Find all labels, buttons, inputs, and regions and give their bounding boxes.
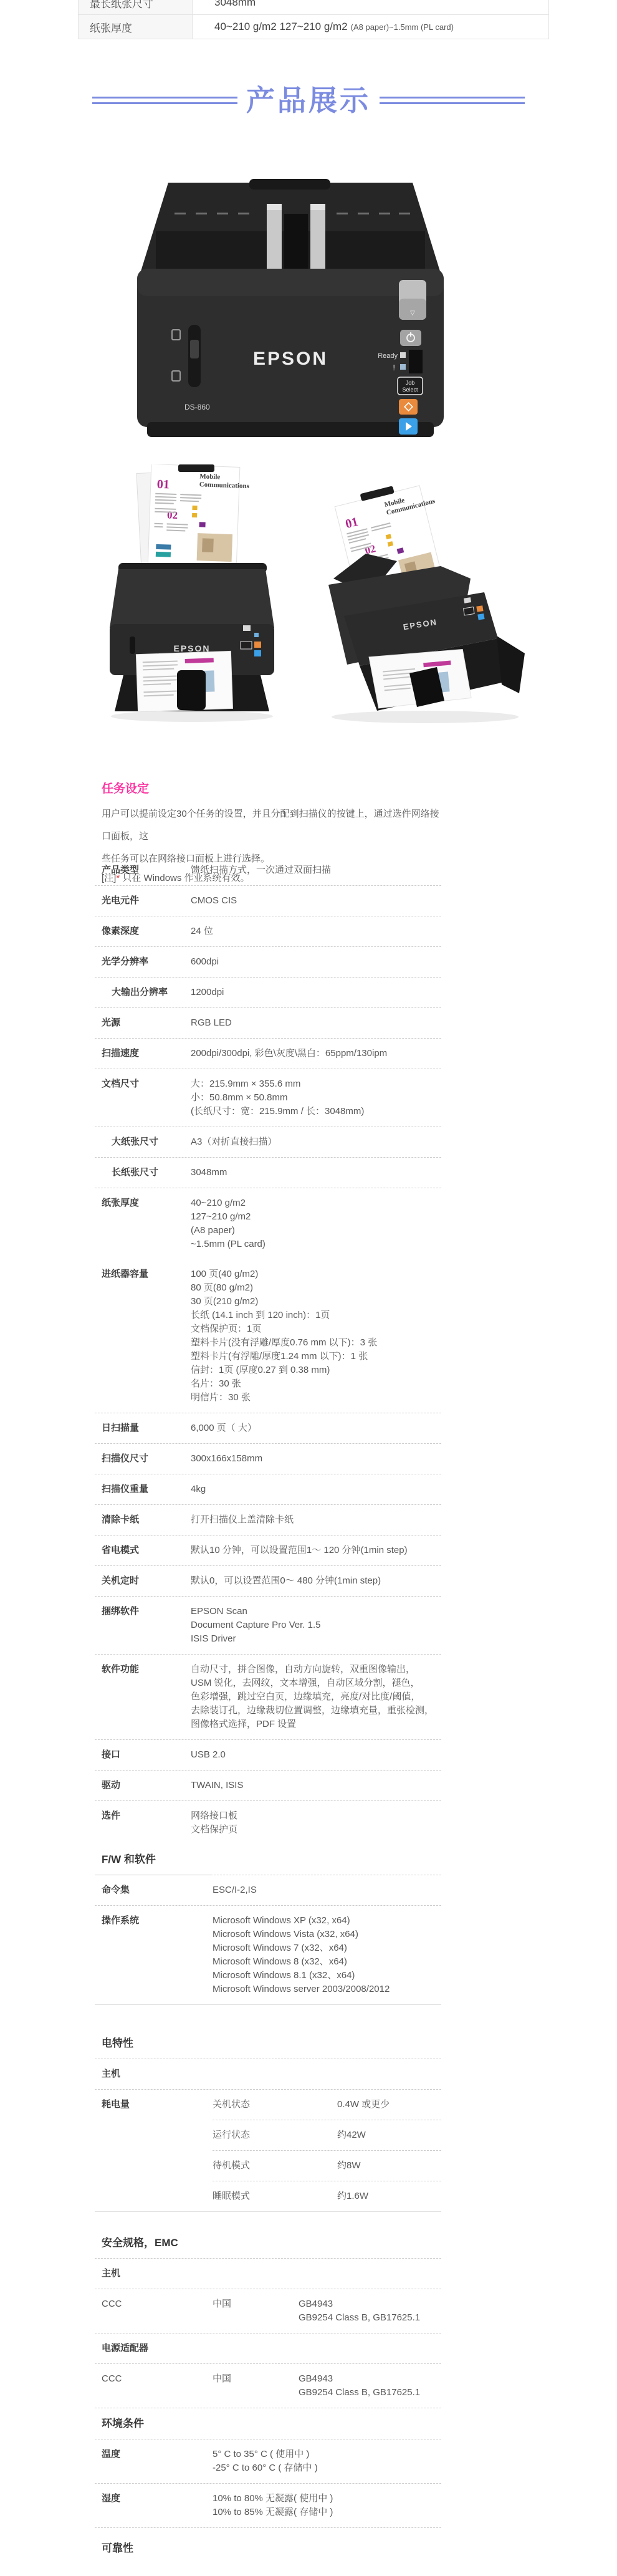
spec-value: 200dpi/300dpi, 彩色\灰度\黑白：65ppm/130ipm bbox=[191, 1047, 441, 1060]
cert-standard-line: GB9254 Class B, GB17625.1 bbox=[299, 2311, 441, 2325]
spec-row: 湿度 10% to 80% 无凝露( 使用中 ) 10% to 85% 无凝露(… bbox=[95, 2484, 441, 2528]
paper-spec-table: 最长纸张尺寸 3048mm 纸张厚度 40~210 g/m2 127~210 g… bbox=[78, 0, 549, 39]
table-row: 最长纸张尺寸 3048mm bbox=[79, 0, 548, 14]
spec-row: 扫描仪重量4kg bbox=[95, 1474, 441, 1505]
sample-document: Mobile Communications 01 02 bbox=[148, 464, 251, 572]
spec-value-line: 网络接口板 bbox=[191, 1809, 441, 1823]
spec-value-line: 默认10 分钟，可以设置范围1～ 120 分钟(1min step) bbox=[191, 1544, 441, 1557]
spec-label: 驱动 bbox=[95, 1779, 191, 1792]
spec-value-line: 10% to 85% 无凝露( 存储中 ) bbox=[213, 2506, 441, 2519]
section-title: 安全规格，EMC bbox=[95, 2226, 441, 2251]
spec-value-line: 30 页(210 g/m2) bbox=[191, 1295, 441, 1309]
power-entry-value: 约1.6W bbox=[337, 2189, 441, 2203]
spec-label: 进纸器容量 bbox=[95, 1267, 191, 1405]
spec-value-line: RGB LED bbox=[191, 1016, 441, 1030]
spec-value: 3048mm bbox=[191, 1166, 441, 1180]
spec-value-line: TWAIN, ISIS bbox=[191, 1779, 441, 1792]
spec-row: 温度 5° C to 35° C ( 使用中 ) -25° C to 60° C… bbox=[95, 2439, 441, 2484]
spec-row: 扫描仪尺寸300x166x158mm bbox=[95, 1444, 441, 1474]
svg-text:01: 01 bbox=[156, 478, 170, 492]
spec-label: 文档尺寸 bbox=[95, 1077, 191, 1118]
section-end-line bbox=[95, 2211, 441, 2212]
spec-value: 10% to 80% 无凝露( 使用中 ) 10% to 85% 无凝露( 存储… bbox=[213, 2492, 441, 2519]
spec-row: 大纸张尺寸A3（对折直接扫描） bbox=[95, 1127, 441, 1158]
spec-value-line: 127~210 g/m2 bbox=[191, 1210, 441, 1224]
spec-label: 光电元件 bbox=[95, 894, 191, 908]
spec-value-line: 24 位 bbox=[191, 925, 441, 938]
power-entry: 运行状态 约42W bbox=[213, 2120, 441, 2151]
power-entry-name: 睡眠模式 bbox=[213, 2189, 337, 2203]
job-label: Job bbox=[406, 380, 415, 386]
task-setting-title: 任务设定 bbox=[95, 782, 444, 797]
table-row-value: 3048mm bbox=[193, 0, 548, 14]
spec-value: CMOS CIS bbox=[191, 894, 441, 908]
spec-value-line: 80 页(80 g/m2) bbox=[191, 1281, 441, 1295]
spec-value-line: 长纸 (14.1 inch 到 120 inch)：1页 bbox=[191, 1309, 441, 1322]
spec-label: 选件 bbox=[95, 1809, 191, 1837]
spec-value-line: 信封：1页 (厚度0.27 到 0.38 mm) bbox=[191, 1363, 441, 1377]
power-entry-name: 待机模式 bbox=[213, 2159, 337, 2173]
task-body-line1: 用户可以提前设定30个任务的设置，并且分配到扫描仪的按键上，通过选件网络接口面板… bbox=[102, 809, 439, 842]
spec-label: 像素深度 bbox=[95, 925, 191, 938]
spec-value: 馈纸扫描方式，一次通过双面扫描 bbox=[191, 863, 441, 877]
stop-button-icon bbox=[399, 399, 418, 415]
spec-value-line: ~1.5mm (PL card) bbox=[191, 1238, 441, 1251]
spec-value-line: 100 页(40 g/m2) bbox=[191, 1267, 441, 1281]
spec-value-line: 3048mm bbox=[191, 1166, 441, 1180]
section-title: 环境条件 bbox=[95, 2406, 441, 2431]
cert-name: CCC bbox=[95, 2372, 213, 2400]
spec-value: A3（对折直接扫描） bbox=[191, 1135, 441, 1149]
spec-value-line: A3（对折直接扫描） bbox=[191, 1135, 441, 1149]
spec-label: 大输出分辨率 bbox=[95, 986, 191, 999]
spec-value-line: 600dpi bbox=[191, 955, 441, 969]
spec-label: 命令集 bbox=[95, 1883, 213, 1897]
spec-value-line: 打开扫描仪上盖清除卡纸 bbox=[191, 1513, 441, 1527]
spec-row: 产品类型馈纸扫描方式，一次通过双面扫描 bbox=[95, 855, 441, 886]
spec-row: 关机定时默认0，可以设置范围0～ 480 分钟(1min step) bbox=[95, 1566, 441, 1597]
banner-decor-lines-right bbox=[380, 97, 525, 104]
spec-table: 产品类型馈纸扫描方式，一次通过双面扫描光电元件CMOS CIS像素深度24 位光… bbox=[95, 855, 441, 1845]
spec-value-line: 40~210 g/m2 bbox=[191, 1196, 441, 1210]
ready-label: Ready bbox=[378, 352, 398, 360]
spec-value-line: 明信片：30 张 bbox=[191, 1391, 441, 1405]
section-title: 电特性 bbox=[95, 2026, 441, 2051]
spec-row: 大输出分辨率1200dpi bbox=[95, 978, 441, 1008]
table-row-label: 最长纸张尺寸 bbox=[79, 0, 193, 14]
spec-row: 扫描速度200dpi/300dpi, 彩色\灰度\黑白：65ppm/130ipm bbox=[95, 1039, 441, 1069]
spec-row: 光电元件CMOS CIS bbox=[95, 886, 441, 916]
spec-value-line: EPSON Scan bbox=[191, 1605, 441, 1618]
spec-value: 40~210 g/m2127~210 g/m2(A8 paper)~1.5mm … bbox=[191, 1196, 441, 1251]
spec-value-line: CMOS CIS bbox=[191, 894, 441, 908]
value-small-text: (A8 paper)~1.5mm (PL card) bbox=[351, 22, 454, 32]
spec-row: 清除卡纸打开扫描仪上盖清除卡纸 bbox=[95, 1505, 441, 1536]
spec-label: 大纸张尺寸 bbox=[95, 1135, 191, 1149]
value-text: 3048mm bbox=[214, 0, 256, 9]
electrical-section: 电特性 主机 耗电量 关机状态 0.4W 或更少 运行状态 约42W 待机模式 … bbox=[95, 2026, 441, 2212]
spec-value-line: Microsoft Windows 8.1 (x32、x64) bbox=[213, 1969, 441, 1982]
spec-value: 1200dpi bbox=[191, 986, 441, 999]
spec-value: 24 位 bbox=[191, 925, 441, 938]
spec-value-line: 塑料卡片(没有浮雕/厚度0.76 mm 以下)：3 张 bbox=[191, 1336, 441, 1350]
power-entry-value: 约8W bbox=[337, 2159, 441, 2173]
section-divider bbox=[95, 2258, 441, 2259]
power-entries: 关机状态 0.4W 或更少 运行状态 约42W 待机模式 约8W 睡眠模式 约1… bbox=[213, 2090, 441, 2211]
spec-value: 自动尺寸，拼合图像，自动方向旋转，双重图像输出，USM 锐化，去网纹，文本增强，… bbox=[191, 1663, 441, 1731]
cert-standards: GB4943 GB9254 Class B, GB17625.1 bbox=[299, 2297, 441, 2325]
spec-value-line: 5° C to 35° C ( 使用中 ) bbox=[213, 2448, 441, 2461]
scanner-angle-view-image: Mobile Communications 01 02 bbox=[310, 479, 528, 731]
spec-value: RGB LED bbox=[191, 1016, 441, 1030]
spec-row: 软件功能自动尺寸，拼合图像，自动方向旋转，双重图像输出，USM 锐化，去网纹，文… bbox=[95, 1655, 441, 1740]
spec-label: 日扫描量 bbox=[95, 1421, 191, 1435]
section-banner: 产品展示 bbox=[0, 77, 617, 124]
spec-value: 5° C to 35° C ( 使用中 ) -25° C to 60° C ( … bbox=[213, 2448, 441, 2475]
spec-label: 温度 bbox=[95, 2448, 213, 2475]
spec-value: 300x166x158mm bbox=[191, 1452, 441, 1466]
spec-row: 进纸器容量100 页(40 g/m2)80 页(80 g/m2)30 页(210… bbox=[95, 1251, 441, 1413]
alert-label: ! bbox=[393, 363, 395, 372]
section-divider bbox=[95, 2059, 441, 2059]
spec-value: USB 2.0 bbox=[191, 1748, 441, 1762]
spec-value-line: ESC/I-2,IS bbox=[213, 1883, 441, 1897]
spec-value-line: 小：50.8mm × 50.8mm bbox=[191, 1091, 441, 1105]
model-label: DS-860 bbox=[184, 403, 210, 411]
power-entry-value: 约42W bbox=[337, 2128, 441, 2142]
spec-label: 扫描仪重量 bbox=[95, 1483, 191, 1496]
spec-label: 长纸张尺寸 bbox=[95, 1166, 191, 1180]
spec-value-line: 名片：30 张 bbox=[191, 1377, 441, 1391]
spec-row: 长纸张尺寸3048mm bbox=[95, 1158, 441, 1188]
spec-value: 600dpi bbox=[191, 955, 441, 969]
spec-value-line: 4kg bbox=[191, 1483, 441, 1496]
section-divider bbox=[95, 1875, 441, 1875]
spec-value-line: 自动尺寸，拼合图像，自动方向旋转，双重图像输出， bbox=[191, 1663, 441, 1676]
spec-value: 100 页(40 g/m2)80 页(80 g/m2)30 页(210 g/m2… bbox=[191, 1267, 441, 1405]
spec-label: 关机定时 bbox=[95, 1574, 191, 1588]
section-end-line bbox=[95, 2004, 441, 2005]
spec-row: 光源RGB LED bbox=[95, 1008, 441, 1039]
table-row-label: 纸张厚度 bbox=[79, 15, 193, 39]
spec-value-line: ISIS Driver bbox=[191, 1632, 441, 1646]
spec-value-line: Microsoft Windows Vista (x32, x64) bbox=[213, 1928, 441, 1941]
spec-value-line: USM 锐化，去网纹，文本增强，自动区域分割，褪色， bbox=[191, 1676, 441, 1690]
spec-value-line: Microsoft Windows XP (x32, x64) bbox=[213, 1914, 441, 1928]
svg-text:▽: ▽ bbox=[410, 310, 415, 317]
spec-value-line: 6,000 页（ 大） bbox=[191, 1421, 441, 1435]
spec-row: 命令集 ESC/I-2,IS bbox=[95, 1875, 441, 1906]
power-entry-name: 关机状态 bbox=[213, 2098, 337, 2112]
power-entry: 睡眠模式 约1.6W bbox=[213, 2181, 441, 2211]
spec-row: 选件网络接口板文档保护页 bbox=[95, 1801, 441, 1845]
spec-value: 网络接口板文档保护页 bbox=[191, 1809, 441, 1837]
spec-value-line: Microsoft Windows server 2003/2008/2012 bbox=[213, 1982, 441, 1996]
spec-value: Microsoft Windows XP (x32, x64) Microsof… bbox=[213, 1914, 441, 1996]
spec-row: 捆绑软件EPSON ScanDocument Capture Pro Ver. … bbox=[95, 1597, 441, 1655]
svg-text:02: 02 bbox=[167, 509, 178, 521]
power-entry: 关机状态 0.4W 或更少 bbox=[213, 2090, 441, 2120]
spec-label: 软件功能 bbox=[95, 1663, 191, 1731]
spec-value-line: USB 2.0 bbox=[191, 1748, 441, 1762]
svg-text:Mobile: Mobile bbox=[199, 473, 221, 481]
spec-label: 操作系统 bbox=[95, 1914, 213, 1996]
spec-row: 驱动TWAIN, ISIS bbox=[95, 1771, 441, 1801]
spec-value-line: (长纸尺寸：宽：215.9mm / 长：3048mm) bbox=[191, 1105, 441, 1118]
banner-title: 产品展示 bbox=[246, 86, 371, 115]
spec-row: 接口USB 2.0 bbox=[95, 1740, 441, 1771]
spec-label: 扫描仪尺寸 bbox=[95, 1452, 191, 1466]
spec-label: 产品类型 bbox=[95, 863, 191, 877]
value-text: 40~210 g/m2 127~210 g/m2 bbox=[214, 21, 348, 33]
spec-value-line: 10% to 80% 无凝露( 使用中 ) bbox=[213, 2492, 441, 2506]
spec-value: 默认10 分钟，可以设置范围1～ 120 分钟(1min step) bbox=[191, 1544, 441, 1557]
power-entry-value: 0.4W 或更少 bbox=[337, 2098, 441, 2112]
cert-standard-line: GB4943 bbox=[299, 2297, 441, 2311]
spec-value-line: 塑料卡片(有浮雕/厚度1.24 mm 以下)：1 张 bbox=[191, 1350, 441, 1363]
spec-label: 湿度 bbox=[95, 2492, 213, 2519]
cert-standard-line: GB9254 Class B, GB17625.1 bbox=[299, 2386, 441, 2400]
reliability-section: 可靠性 bbox=[95, 2531, 441, 2556]
spec-row: 省电模式默认10 分钟，可以设置范围1～ 120 分钟(1min step) bbox=[95, 1536, 441, 1566]
spec-label: 光源 bbox=[95, 1016, 191, 1030]
spec-label: 耗电量 bbox=[95, 2090, 213, 2211]
section-title: 可靠性 bbox=[95, 2531, 441, 2556]
certification-row: CCC 中国 GB4943 GB9254 Class B, GB17625.1 bbox=[95, 2364, 441, 2408]
cert-name: CCC bbox=[95, 2297, 213, 2325]
spec-label: 光学分辨率 bbox=[95, 955, 191, 969]
scanner-top-view-image: EPSON DS-860 ▽ Ready ! Job Select bbox=[131, 176, 450, 444]
spec-row: 光学分辨率600dpi bbox=[95, 947, 441, 978]
certification-row: CCC 中国 GB4943 GB9254 Class B, GB17625.1 bbox=[95, 2289, 441, 2333]
spec-label: 捆绑软件 bbox=[95, 1605, 191, 1646]
spec-value-line: 默认0，可以设置范围0～ 480 分钟(1min step) bbox=[191, 1574, 441, 1588]
spec-value-line: 300x166x158mm bbox=[191, 1452, 441, 1466]
table-row-value: 40~210 g/m2 127~210 g/m2 (A8 paper)~1.5m… bbox=[193, 15, 548, 39]
subsection-title: 主机 bbox=[95, 2059, 441, 2089]
spec-value: 默认0，可以设置范围0～ 480 分钟(1min step) bbox=[191, 1574, 441, 1588]
cert-region: 中国 bbox=[213, 2297, 299, 2325]
spec-value: 6,000 页（ 大） bbox=[191, 1421, 441, 1435]
spec-value-line: Microsoft Windows 7 (x32、x64) bbox=[213, 1941, 441, 1955]
product-detail-page: 最长纸张尺寸 3048mm 纸张厚度 40~210 g/m2 127~210 g… bbox=[0, 0, 617, 2576]
spec-value-line: 色彩增强，跳过空白页，边缘填充，亮度/对比度/阈值， bbox=[191, 1690, 441, 1704]
spec-value-line: 文档保护页 bbox=[191, 1823, 441, 1837]
spec-row: 文档尺寸大：215.9mm × 355.6 mm小：50.8mm × 50.8m… bbox=[95, 1069, 441, 1127]
select-label: Select bbox=[402, 387, 418, 393]
power-consumption-row: 耗电量 关机状态 0.4W 或更少 运行状态 约42W 待机模式 约8W 睡眠模… bbox=[95, 2090, 441, 2211]
spec-value-line: (A8 paper) bbox=[191, 1224, 441, 1238]
power-entry: 待机模式 约8W bbox=[213, 2151, 441, 2181]
spec-label: 清除卡纸 bbox=[95, 1513, 191, 1527]
cert-standards: GB4943 GB9254 Class B, GB17625.1 bbox=[299, 2372, 441, 2400]
spec-label: 省电模式 bbox=[95, 1544, 191, 1557]
spec-row: 操作系统 Microsoft Windows XP (x32, x64) Mic… bbox=[95, 1906, 441, 2004]
spec-row: 纸张厚度40~210 g/m2127~210 g/m2(A8 paper)~1.… bbox=[95, 1188, 441, 1251]
environment-section: 环境条件 温度 5° C to 35° C ( 使用中 ) -25° C to … bbox=[95, 2406, 441, 2528]
spec-value-line: Document Capture Pro Ver. 1.5 bbox=[191, 1618, 441, 1632]
spec-value: 打开扫描仪上盖清除卡纸 bbox=[191, 1513, 441, 1527]
spec-value: TWAIN, ISIS bbox=[191, 1779, 441, 1792]
banner-decor-lines-left bbox=[92, 97, 237, 104]
spec-value: EPSON ScanDocument Capture Pro Ver. 1.5I… bbox=[191, 1605, 441, 1646]
spec-value-line: Microsoft Windows 8 (x32、x64) bbox=[213, 1955, 441, 1969]
power-entry-name: 运行状态 bbox=[213, 2128, 337, 2142]
spec-value-line: 馈纸扫描方式，一次通过双面扫描 bbox=[191, 863, 441, 877]
table-row: 纸张厚度 40~210 g/m2 127~210 g/m2 (A8 paper)… bbox=[79, 14, 548, 39]
fw-software-section: F/W 和软件 命令集 ESC/I-2,IS 操作系统 Microsoft Wi… bbox=[95, 1842, 441, 2005]
spec-label: 扫描速度 bbox=[95, 1047, 191, 1060]
subsection-title: 主机 bbox=[95, 2259, 441, 2289]
spec-row: 像素深度24 位 bbox=[95, 916, 441, 947]
spec-value-line: 图像格式选择，PDF 设置 bbox=[191, 1718, 441, 1731]
spec-label: 纸张厚度 bbox=[95, 1196, 191, 1251]
cert-standard-line: GB4943 bbox=[299, 2372, 441, 2386]
spec-value: 4kg bbox=[191, 1483, 441, 1496]
section-divider bbox=[95, 2439, 441, 2439]
spec-label: 接口 bbox=[95, 1748, 191, 1762]
epson-logo: EPSON bbox=[253, 348, 328, 369]
spec-value: 大：215.9mm × 355.6 mm小：50.8mm × 50.8mm(长纸… bbox=[191, 1077, 441, 1118]
spec-row: 日扫描量6,000 页（ 大） bbox=[95, 1413, 441, 1444]
safety-emc-section: 安全规格，EMC 主机 CCC 中国 GB4943 GB9254 Class B… bbox=[95, 2226, 441, 2408]
spec-value-line: 去除装订孔，边缘裁切位置调整，边缘填充量，重张检测， bbox=[191, 1704, 441, 1718]
spec-value-line: 200dpi/300dpi, 彩色\灰度\黑白：65ppm/130ipm bbox=[191, 1047, 441, 1060]
subsection-title: 电源适配器 bbox=[95, 2333, 441, 2363]
spec-value-line: 文档保护页：1页 bbox=[191, 1322, 441, 1336]
spec-value-line: 大：215.9mm × 355.6 mm bbox=[191, 1077, 441, 1091]
section-title: F/W 和软件 bbox=[95, 1842, 441, 1867]
spec-value-line: -25° C to 60° C ( 存储中 ) bbox=[213, 2461, 441, 2475]
cert-region: 中国 bbox=[213, 2372, 299, 2400]
spec-value: ESC/I-2,IS bbox=[213, 1883, 441, 1897]
scanner-front-view-image: Mobile Communications 01 02 bbox=[105, 464, 279, 728]
spec-value-line: 1200dpi bbox=[191, 986, 441, 999]
